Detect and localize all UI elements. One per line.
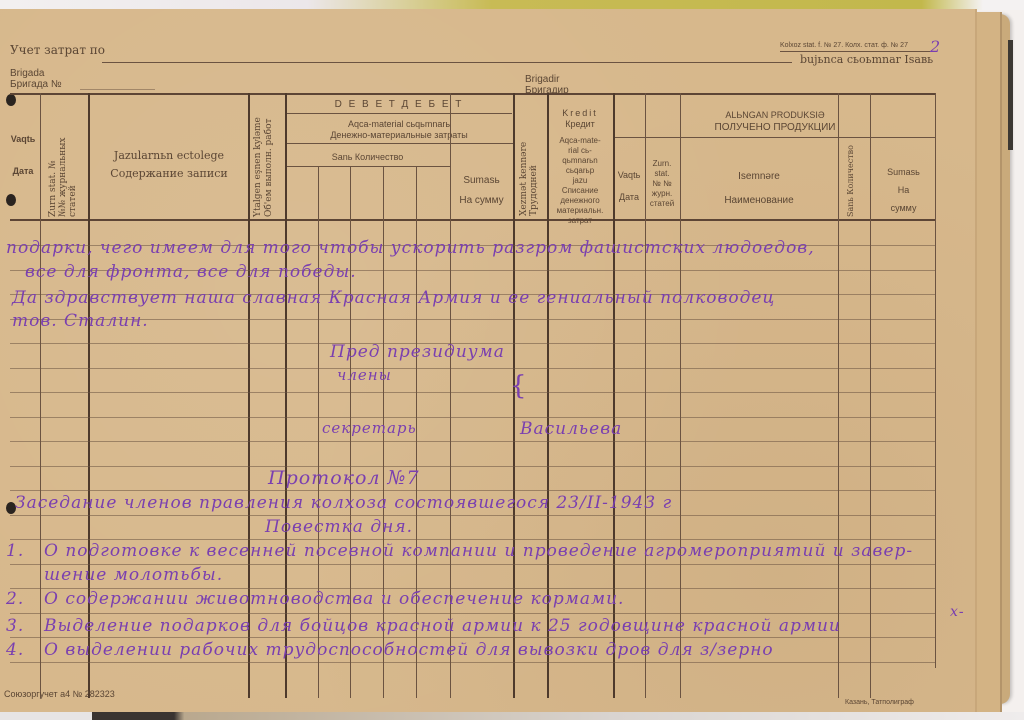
- title-underline: [102, 62, 792, 63]
- grid-line: [10, 662, 935, 663]
- agenda-item: О выделении рабочих трудоспособностей дл…: [44, 640, 774, 660]
- agenda-item: шение молотьбы.: [44, 565, 223, 585]
- scan-bottom-edge: [0, 712, 1024, 720]
- grid-line: [870, 93, 871, 698]
- form-title-tatar: bujьnca cьoьmnar Isaвь: [800, 53, 933, 66]
- agenda-item: О подготовке к весенней посевной компани…: [44, 541, 913, 561]
- grid-line: [10, 392, 935, 393]
- chair-label: Пред президиума: [330, 342, 505, 362]
- handwritten-line-2: все для фронта, все для победы.: [25, 262, 357, 282]
- kredit-title-ru: Кредит: [548, 119, 612, 129]
- col-volume-lat: Ytalgen eşnen kylәme: [253, 117, 263, 217]
- agenda-number: 1.: [6, 541, 24, 561]
- agenda-number: 3.: [6, 616, 24, 636]
- grid-line: [838, 93, 839, 698]
- product-journal-label: Zurn.stat.№ №журн.статей: [645, 159, 679, 209]
- grid-line: [10, 637, 935, 638]
- grid-line: [10, 319, 935, 320]
- col-volume-ru: Об'ем выполн. работ: [264, 119, 274, 218]
- footer-form-number: Союзоргучет а4 № 282323: [4, 689, 115, 699]
- grid-line: [10, 368, 935, 369]
- grid-line: [935, 93, 936, 668]
- col-labor-ru: Трудодней: [529, 165, 539, 216]
- divider: [615, 137, 935, 138]
- signature-mark: {: [510, 371, 528, 401]
- divider: [287, 113, 512, 114]
- brigada-label-lat: Brigada: [10, 68, 44, 79]
- agenda-item: О содержании животноводства и обеспечени…: [44, 589, 624, 609]
- punch-hole-icon: [6, 194, 16, 206]
- debet-sub-ru: Денежно-материальные затраты: [285, 130, 513, 140]
- kredit-title-lat: Kredit: [548, 108, 612, 118]
- grid-line: [10, 417, 935, 418]
- page-number-mark: 2: [930, 37, 941, 56]
- binding-shadow: [1008, 40, 1013, 150]
- form-stamp: Kolxoz stat. f. № 27. Колх. стат. ф. № 2…: [780, 42, 908, 49]
- debet-quantity-label: Sanь Количество: [285, 152, 450, 162]
- product-sum-ru1: На: [872, 185, 935, 195]
- debet-sum-ru: На сумму: [450, 195, 513, 206]
- ledger-page: Учет затрат по Kolxoz stat. f. № 27. Кол…: [0, 9, 977, 714]
- product-title-lat: ALЬNGAN PRODUKSIӘ: [615, 110, 935, 120]
- grid-line: [10, 441, 935, 442]
- protocol-title: Протокол №7: [268, 467, 420, 489]
- divider: [287, 166, 450, 167]
- col-labor-lat: Xezmәt kennәre: [519, 142, 529, 216]
- handwritten-line-4: тов. Сталин.: [12, 311, 149, 331]
- grid-line: [10, 490, 935, 491]
- agenda-item: Выделение подарков для бойцов красной ар…: [44, 616, 841, 636]
- handwritten-line-3: Да здравствует наша славная Красная Арми…: [12, 288, 775, 308]
- handwritten-line-1: подарки, чего имеем для того чтобы ускор…: [6, 238, 815, 258]
- brigada-field: [80, 89, 155, 90]
- punch-hole-icon: [6, 94, 16, 106]
- meeting-line: Заседание членов правления колхоза состо…: [15, 493, 672, 513]
- debet-title: D E B E T Д Е Б Е Т: [285, 99, 513, 110]
- divider: [285, 143, 513, 144]
- grid-line: [680, 93, 681, 698]
- secretary-name: Васильева: [520, 419, 622, 439]
- debet-sum-lat: Sumasь: [450, 175, 513, 186]
- brigada-label-ru: Бригада №: [10, 79, 62, 90]
- header-top-border: [10, 93, 935, 95]
- debet-sub-lat: Aqca-material cьqьmnarь: [285, 119, 513, 129]
- margin-note: х-: [950, 604, 965, 620]
- product-sum-lat: Sumasь: [872, 167, 935, 177]
- members-label: члены: [337, 366, 392, 384]
- agenda-number: 2.: [6, 589, 24, 609]
- col-journal-lat: Zurn stat. №: [48, 161, 58, 217]
- product-title-ru: ПОЛУЧЕНО ПРОДУКЦИИ: [615, 122, 935, 133]
- grid-line: [10, 466, 935, 467]
- product-sum-ru2: сумму: [872, 203, 935, 213]
- kredit-subtitle: Aqca-mate-rial cь-qьmnarьncьqarьpjazuСпи…: [548, 136, 612, 226]
- product-name-lat: Isemnәre: [680, 171, 838, 182]
- grid-line: [10, 515, 935, 516]
- col-content-lat: Jazularnьn ectolege: [90, 149, 248, 162]
- agenda-title: Повестка дня.: [265, 517, 413, 537]
- header-bottom-border: [10, 219, 935, 221]
- stamp-underline: [780, 51, 930, 52]
- grid-line: [10, 539, 935, 540]
- grid-line: [10, 613, 935, 614]
- product-name-ru: Наименование: [680, 195, 838, 206]
- col-journal-ru: №№ журнальных статей: [58, 127, 78, 217]
- product-date-ru: Дата: [614, 192, 644, 202]
- grid-line: [40, 93, 41, 698]
- product-date-lat: Vaqtь: [614, 170, 644, 180]
- col-content-ru: Содержание записи: [90, 167, 248, 180]
- brigadir-label-lat: Brigadir: [525, 74, 559, 85]
- footer-printer: Казань, Татполиграф: [845, 699, 914, 706]
- product-qty-label: Sanь Количество: [846, 145, 856, 217]
- form-title: Учет затрат по: [10, 43, 105, 57]
- agenda-number: 4.: [6, 640, 24, 660]
- secretary-label: секретарь: [322, 419, 417, 437]
- col-date-ru: Дата: [8, 166, 38, 176]
- col-date-lat: Vaqtь: [8, 134, 38, 144]
